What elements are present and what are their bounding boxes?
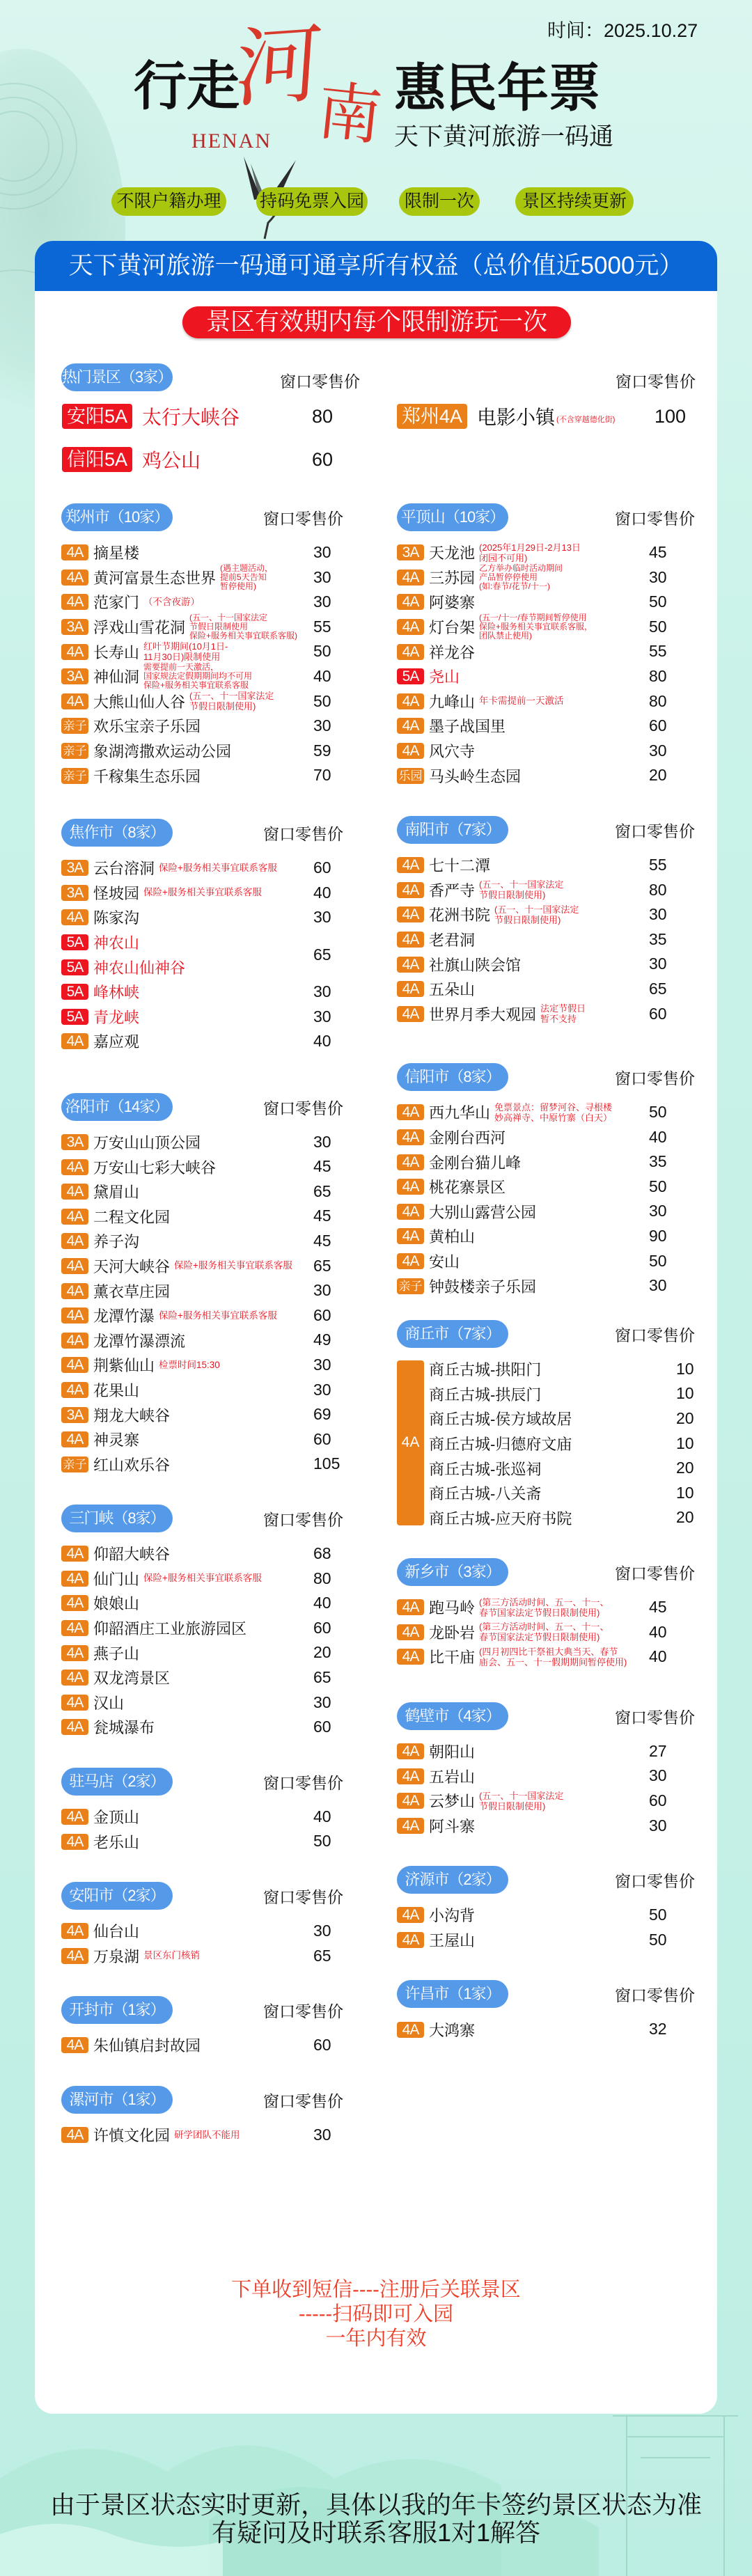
price-column-header: 窗口零售价 <box>615 1986 695 2005</box>
city-pill: 开封市（1家） <box>61 1996 173 2024</box>
restriction-note: (遇主题活动，提前5天告知暂停使用) <box>220 564 273 591</box>
attraction-row: 4A嘉应观40 <box>61 1029 368 1054</box>
window-price: 60 <box>649 714 667 739</box>
attraction-name: 花果山 <box>93 1379 139 1401</box>
city-pill: 济源市（2家） <box>397 1866 508 1894</box>
attraction-row: 4A陈家沟30 <box>61 905 368 930</box>
attraction-name: 灯台架 <box>429 616 475 638</box>
city-pill: 漯河市（1家） <box>61 2086 173 2114</box>
title-english: HENAN <box>191 131 272 152</box>
window-price: 40 <box>313 1805 331 1830</box>
mountain-clouds-illustration <box>0 2395 752 2576</box>
level-badge: 3A <box>61 619 88 635</box>
disclaimer-line: 由于景区状态实时更新，具体以我的年卡签约景区状态为准 <box>0 2491 752 2519</box>
attraction-row: 4A长寿山红叶节期间(10月1日-11月30日)限制使用50 <box>61 639 368 664</box>
attraction-row: 商丘古城-拱辰门10 <box>424 1381 703 1406</box>
attraction-row: 4A花洲书院(五一、十一国家法定节假日限制使用)30 <box>397 902 703 927</box>
disclaimer-line: 有疑问及时联系客服1对1解答 <box>0 2519 752 2547</box>
attraction-row: 4A黛眉山65 <box>61 1179 368 1204</box>
window-price: 10 <box>676 1357 694 1382</box>
attraction-name: 商丘古城-应天府书院 <box>429 1507 572 1529</box>
attraction-name: 龙潭竹瀑漂流 <box>93 1330 185 1351</box>
window-price: 60 <box>649 1789 667 1814</box>
window-price: 30 <box>313 590 331 615</box>
visit-limit-notice: 景区有效期内每个限制游玩一次 <box>182 306 571 338</box>
window-price: 30 <box>313 2123 331 2148</box>
attraction-name: 神农山 <box>93 932 139 953</box>
attraction-row: 商丘古城-应天府书院20 <box>424 1505 703 1530</box>
attraction-row: 4A风穴寺30 <box>397 739 703 764</box>
restriction-note: 保险+服务相关事宜联系客服 <box>159 1310 277 1321</box>
city-section: 郑州市（10家）窗口零售价4A摘星楼304A黄河富景生态世界(遇主题活动，提前5… <box>61 503 368 788</box>
attraction-list: 4A西九华山免票景点：留梦河谷、寻根楼妙高禅寺、中原竹寨（白天）504A金刚台西… <box>397 1100 703 1298</box>
attraction-name: 许慎文化园 <box>93 2124 170 2146</box>
restriction-note: (五一、十一国家法定节假日限制使用) <box>189 691 274 712</box>
window-price: 32 <box>649 2017 667 2042</box>
level-badge: 4A <box>61 1571 88 1587</box>
window-price: 30 <box>649 565 667 590</box>
restriction-note: 保险+服务相关事宜联系客服 <box>143 1573 262 1584</box>
title-calligraphy-he: 河 <box>233 20 324 113</box>
attraction-row: 4A汉山30 <box>61 1690 368 1715</box>
attraction-name: 青龙峡 <box>93 1006 139 1028</box>
attraction-name: 仙台山 <box>93 1920 139 1942</box>
restriction-note-line: 免票景点：留梦河谷、寻根楼 <box>494 1102 612 1113</box>
level-badge: 4A <box>61 1620 88 1636</box>
attraction-name: 桃花寨景区 <box>429 1176 506 1197</box>
attraction-row: 商丘古城-侯方域故居20 <box>424 1406 703 1431</box>
window-price: 50 <box>649 1928 667 1953</box>
window-price: 20 <box>649 763 667 788</box>
attraction-row: 3A浮戏山雪花洞(五一、十一国家法定节假日限制使用保险+服务相关事宜联系客服)5… <box>61 615 368 640</box>
price-column-header: 窗口零售价 <box>280 369 360 392</box>
attraction-name: 金刚台西河 <box>429 1126 506 1148</box>
level-badge: 4A <box>397 693 424 709</box>
attraction-row: 3A怪坡园保险+服务相关事宜联系客服40 <box>61 881 368 906</box>
attraction-name: 小沟背 <box>429 1904 475 1926</box>
restriction-note: 保险+服务相关事宜联系客服 <box>143 887 262 898</box>
level-badge: 4A <box>397 619 424 635</box>
window-price: 30 <box>313 714 331 739</box>
attraction-name: 龙卧岩 <box>429 1621 475 1643</box>
attraction-row: 4A荆紫仙山检票时间15:3030 <box>61 1353 368 1378</box>
restriction-note-line: 暂停使用) <box>220 582 273 591</box>
city-section: 信阳市（8家）窗口零售价4A西九华山免票景点：留梦河谷、寻根楼妙高禅寺、中原竹寨… <box>397 1054 703 1298</box>
restriction-note-line: 闭园不可用) <box>479 553 581 563</box>
level-badge: 5A <box>61 934 88 950</box>
restriction-note-line: 红叶节期间(10月1日- <box>143 641 228 652</box>
section-header: 南阳市（7家）窗口零售价 <box>397 816 703 844</box>
city-column-right: 平顶山（10家）窗口零售价3A天龙池(2025年1月29日-2月13日闭园不可用… <box>397 503 703 2070</box>
usage-instructions: 下单收到短信----注册后关联景区 -----扫码即可入园 一年内有效 <box>0 2278 752 2351</box>
attraction-name: 翔龙大峡谷 <box>93 1404 170 1426</box>
level-badge: 4A <box>397 957 424 973</box>
restriction-note: (不含穿越德化街) <box>556 414 615 425</box>
window-price: 49 <box>313 1328 331 1353</box>
price-column-header: 窗口零售价 <box>615 509 695 528</box>
city-pill: 南阳市（7家） <box>397 816 508 844</box>
city-pill: 鹤壁市（4家） <box>397 1702 508 1730</box>
price-column-header: 窗口零售价 <box>263 1510 343 1530</box>
attraction-name: 峰林峡 <box>93 981 139 1003</box>
restriction-note-line: 节假日限制使用) <box>479 890 563 900</box>
attraction-row: 4A万泉湖景区东门核销65 <box>61 1944 368 1969</box>
attraction-row: 4A跑马岭(第三方活动时间、五一、十一、春节国家法定节假日限制使用)45 <box>397 1595 703 1620</box>
level-badge: 4A <box>397 932 424 948</box>
level-badge: 4A <box>61 1834 88 1850</box>
window-price: 80 <box>649 664 667 689</box>
attraction-name: 怪坡园 <box>93 882 139 904</box>
attraction-row: 亲子象湖湾撒欢运动公园59 <box>61 739 368 764</box>
attraction-name: 嘉应观 <box>93 1030 139 1052</box>
attraction-list: 4A朝阳山274A五岩山304A云梦山(五一、十一国家法定节假日限制使用)604… <box>397 1739 703 1838</box>
city-pill: 许昌市（1家） <box>397 1980 508 2008</box>
price-column-header: 窗口零售价 <box>615 1871 695 1891</box>
attraction-name: 万安山山顶公园 <box>93 1131 201 1153</box>
attraction-row: 5A神农山仙神谷 <box>61 955 368 980</box>
level-badge: 4A <box>61 693 88 709</box>
attraction-name: 燕子山 <box>93 1642 139 1664</box>
level-badge: 3A <box>61 1407 88 1423</box>
level-badge: 亲子 <box>61 1456 88 1472</box>
attraction-row: 4A花果山30 <box>61 1378 368 1403</box>
attraction-row: 4A龙潭竹瀑漂流49 <box>61 1328 368 1353</box>
attraction-list: 4A摘星楼304A黄河富景生态世界(遇主题活动，提前5天告知暂停使用)304A范… <box>61 540 368 788</box>
attraction-name: 老君洞 <box>429 929 475 950</box>
attraction-row: 4A西九华山免票景点：留梦河谷、寻根楼妙高禅寺、中原竹寨（白天）50 <box>397 1100 703 1125</box>
window-price: 20 <box>676 1505 694 1530</box>
window-price: 60 <box>312 447 333 472</box>
restriction-note-line: 11月30日)限制使用 <box>143 652 228 662</box>
city-pill: 商丘市（7家） <box>397 1320 508 1348</box>
window-price: 90 <box>649 1224 667 1249</box>
attraction-name: 天龙池 <box>429 542 475 563</box>
attraction-row: 3A云台溶洞保险+服务相关事宜联系客服60 <box>61 856 368 881</box>
level-badge: 4A <box>61 1283 88 1299</box>
attraction-row: 4A娘娘山40 <box>61 1591 368 1616</box>
level-badge: 4A <box>61 1033 88 1049</box>
restriction-note-line: (遇主题活动， <box>220 564 273 573</box>
attraction-row: 4A仙门山保险+服务相关事宜联系客服80 <box>61 1566 368 1592</box>
attraction-list: 4A七十二潭554A香严寺(五一、十一国家法定节假日限制使用)804A花洲书院(… <box>397 853 703 1026</box>
attraction-name: 鸡公山 <box>142 446 201 473</box>
attraction-row: 乐园马头岭生态园20 <box>397 763 703 788</box>
restriction-note: 研学团队不能用 <box>174 2130 240 2141</box>
window-price: 50 <box>649 590 667 615</box>
instruction-line: 一年内有效 <box>0 2327 752 2351</box>
title-text-right: 惠民年票 <box>394 63 600 114</box>
attraction-list: 4A朱仙镇启封故园60 <box>61 2033 368 2058</box>
attraction-row: 4A金刚台猫儿峰35 <box>397 1149 703 1175</box>
attraction-row: 4A大鸿寨32 <box>397 2017 703 2042</box>
city-section: 漯河市（1家）窗口零售价4A许慎文化园研学团队不能用30 <box>61 2086 368 2148</box>
title-calligraphy-nan: 南 <box>314 79 384 149</box>
attraction-name: 西九华山 <box>429 1101 490 1123</box>
window-price: 55 <box>649 853 667 878</box>
level-badge: 4A <box>61 1546 88 1562</box>
window-price: 45 <box>313 1154 331 1179</box>
attraction-row: 4A仙台山30 <box>61 1919 368 1944</box>
instruction-line: 下单收到短信----注册后关联景区 <box>0 2278 752 2302</box>
restriction-note-line: 妙高禅寺、中原竹寨（白天） <box>494 1113 612 1123</box>
section-header: 商丘市（7家）窗口零售价 <box>397 1320 703 1348</box>
attraction-list: 3A天龙池(2025年1月29日-2月13日闭园不可用)454A三苏园乙方举办临… <box>397 540 703 788</box>
attraction-row: 4A七十二潭55 <box>397 853 703 878</box>
attraction-name: 浮戏山雪花洞 <box>93 616 185 638</box>
window-price: 55 <box>313 615 331 640</box>
level-badge: 3A <box>61 668 88 684</box>
attraction-row: 亲子千稼集生态乐园70 <box>61 763 368 788</box>
price-column-header: 窗口零售价 <box>263 1773 343 1793</box>
window-price: 30 <box>649 1764 667 1789</box>
level-badge: 4A <box>397 570 424 586</box>
section-header: 开封市（1家）窗口零售价 <box>61 1996 368 2024</box>
level-badge: 4A <box>61 544 88 560</box>
level-badge: 4A <box>397 1793 424 1809</box>
region-level-badge: 安阳5A <box>62 404 132 429</box>
level-badge: 4A <box>397 1179 424 1195</box>
window-price: 30 <box>313 1690 331 1715</box>
attraction-name: 五朵山 <box>429 978 475 1000</box>
attraction-row: 5A神农山65 <box>61 930 368 955</box>
window-price: 30 <box>649 902 667 927</box>
hot-attraction-row: 信阳5A鸡公山60 <box>62 447 368 472</box>
hot-list-right: 郑州4A电影小镇(不含穿越德化街)100 <box>397 404 703 447</box>
window-price: 50 <box>649 1903 667 1928</box>
attraction-row: 5A青龙峡30 <box>61 1005 368 1030</box>
city-section: 安阳市（2家）窗口零售价4A仙台山304A万泉湖景区东门核销65 <box>61 1882 368 1968</box>
level-badge: 5A <box>61 959 88 975</box>
restriction-note: (五一、十一国家法定节假日限制使用) <box>479 879 563 900</box>
attraction-row: 商丘古城-张巡祠20 <box>424 1456 703 1481</box>
attraction-name: 钟鼓楼亲子乐园 <box>429 1275 536 1297</box>
level-badge: 4A <box>397 743 424 759</box>
attraction-row: 4A云梦山(五一、十一国家法定节假日限制使用)60 <box>397 1789 703 1814</box>
window-price: 105 <box>313 1452 340 1477</box>
attraction-list: 4A大鸿寨32 <box>397 2017 703 2042</box>
restriction-note-line: 春节国家法定节假日限制使用) <box>479 1632 609 1642</box>
attraction-row: 4A龙卧岩(第三方活动时间、五一、十一、春节国家法定节假日限制使用)40 <box>397 1620 703 1645</box>
attraction-name: 万安山七彩大峡谷 <box>93 1156 216 1178</box>
attraction-row: 4A五岩山30 <box>397 1764 703 1789</box>
attraction-row: 4A三苏园乙方举办临时活动期间产品暂停停使用(如:春节/花节/十一)30 <box>397 565 703 590</box>
level-badge: 4A <box>61 1645 88 1661</box>
window-price: 40 <box>649 1644 667 1670</box>
attraction-row: 亲子红山欢乐谷105 <box>61 1452 368 1477</box>
attraction-name: 老乐山 <box>93 1831 139 1853</box>
section-header: 焦作市（8家）窗口零售价 <box>61 819 368 847</box>
window-price: 50 <box>313 689 331 714</box>
attraction-name: 摘星楼 <box>93 542 139 563</box>
attraction-row: 4A朝阳山27 <box>397 1739 703 1764</box>
city-section: 鹤壁市（4家）窗口零售价4A朝阳山274A五岩山304A云梦山(五一、十一国家法… <box>397 1697 703 1838</box>
attraction-name: 薰衣草庄园 <box>93 1280 170 1302</box>
window-price: 30 <box>313 1130 331 1155</box>
level-badge: 4A <box>397 1624 424 1640</box>
restriction-note-line: 暂不支持 <box>540 1014 586 1024</box>
restriction-note-line: 年卡需提前一天激活 <box>479 696 564 707</box>
attraction-name: 安山 <box>429 1250 460 1272</box>
attraction-name: 云台溶洞 <box>93 857 155 879</box>
city-column-left: 郑州市（10家）窗口零售价4A摘星楼304A黄河富景生态世界(遇主题活动，提前5… <box>61 503 368 2175</box>
window-price: 69 <box>313 1402 331 1427</box>
attraction-name: 大熊山仙人谷 <box>93 691 185 712</box>
restriction-note-line: (如:春节/花节/十一) <box>479 582 563 591</box>
restriction-note-line: 节假日限制使用) <box>189 701 274 712</box>
restriction-note: 需要提前一天激活，国家规法定假期期间均不可用保险+服务相关事宜联系客服 <box>143 663 252 690</box>
restriction-note-line: 团队禁止使用) <box>479 631 593 641</box>
attraction-name: 神仙洞 <box>93 666 139 687</box>
price-column-header: 窗口零售价 <box>263 824 343 844</box>
restriction-note-line: 法定节假日 <box>540 1003 586 1014</box>
window-price: 30 <box>649 1199 667 1224</box>
window-price: 65 <box>313 1254 331 1279</box>
section-header: 信阳市（8家）窗口零售价 <box>397 1063 703 1091</box>
restriction-note: 保险+服务相关事宜联系客服 <box>159 863 277 874</box>
attraction-name: 天河大峡谷 <box>93 1255 170 1277</box>
attraction-name: 电影小镇 <box>477 402 555 430</box>
level-badge: 4A <box>61 1382 88 1398</box>
window-price: 45 <box>313 1204 331 1229</box>
window-price: 60 <box>313 856 331 881</box>
level-badge: 亲子 <box>397 1278 424 1294</box>
attraction-name: 花洲书院 <box>429 904 490 925</box>
attraction-name: 金刚台猫儿峰 <box>429 1152 521 1173</box>
attraction-row: 4A龙潭竹瀑保险+服务相关事宜联系客服60 <box>61 1303 368 1328</box>
hot-list-left: 安阳5A太行大峡谷80信阳5A鸡公山60 <box>62 404 368 490</box>
attraction-row: 4A老君洞35 <box>397 927 703 952</box>
region-level-badge: 郑州4A <box>397 404 467 429</box>
attraction-name: 大别山露营公园 <box>429 1201 536 1223</box>
window-price: 50 <box>649 1249 667 1274</box>
attraction-row: 3A神仙洞需要提前一天激活，国家规法定假期期间均不可用保险+服务相关事宜联系客服… <box>61 664 368 689</box>
attraction-row: 商丘古城-八关斋10 <box>424 1481 703 1506</box>
window-price: 10 <box>676 1481 694 1506</box>
restriction-note: (四月初四比干祭祖大典当天、春节庙会、五一、十一假期期间暂停使用) <box>479 1647 627 1667</box>
level-badge: 4A <box>397 594 424 610</box>
attraction-row: 4A神灵寨60 <box>61 1427 368 1452</box>
attraction-row: 4A仰韶大峡谷68 <box>61 1541 368 1566</box>
attraction-name: 瓮城瀑布 <box>93 1716 155 1738</box>
window-price: 40 <box>313 664 331 689</box>
level-badge: 4A <box>61 1209 88 1225</box>
attraction-row: 4A世界月季大观园法定节假日暂不支持60 <box>397 1002 703 1027</box>
level-badge: 4A <box>61 644 88 660</box>
attraction-row: 4A万安山七彩大峡谷45 <box>61 1154 368 1179</box>
attraction-row: 4A安山50 <box>397 1249 703 1274</box>
attraction-name: 象湖湾撒欢运动公园 <box>93 740 231 762</box>
window-price: 40 <box>313 1029 331 1054</box>
attraction-name: 三苏园 <box>429 567 475 588</box>
window-price: 45 <box>649 1595 667 1620</box>
window-price: 68 <box>313 1541 331 1566</box>
restriction-note: (第三方活动时间、五一、十一、春节国家法定节假日限制使用) <box>479 1597 609 1618</box>
restriction-note-line: 保险+服务相关事宜联系客服) <box>189 631 297 641</box>
attraction-row: 4A桃花寨景区50 <box>397 1175 703 1200</box>
window-price: 30 <box>649 952 667 977</box>
attraction-row: 4A许慎文化园研学团队不能用30 <box>61 2123 368 2148</box>
feature-badge-continuous-update: 景区持续更新 <box>515 187 634 216</box>
window-price: 60 <box>313 1303 331 1328</box>
price-column-header: 窗口零售价 <box>616 369 696 392</box>
level-badge: 3A <box>61 860 88 876</box>
attraction-name: 范家门 <box>93 591 139 613</box>
price-column-header: 窗口零售价 <box>615 1708 695 1727</box>
attraction-row: 4A祥龙谷55 <box>397 639 703 664</box>
attraction-row: 3A天龙池(2025年1月29日-2月13日闭园不可用)45 <box>397 540 703 565</box>
restriction-note: 景区东门核销 <box>143 1950 200 1961</box>
section-header: 郑州市（10家）窗口零售价 <box>61 503 368 531</box>
city-section: 平顶山（10家）窗口零售价3A天龙池(2025年1月29日-2月13日闭园不可用… <box>397 503 703 788</box>
attraction-row: 4A王屋山50 <box>397 1928 703 1953</box>
city-pill: 驻马店（2家） <box>61 1768 173 1796</box>
attraction-name: 朱仙镇启封故园 <box>93 2034 201 2056</box>
restriction-note-line: （不含夜游） <box>143 597 200 608</box>
restriction-note-line: 节假日限制使用) <box>494 915 579 925</box>
attraction-row: 4A大别山露营公园30 <box>397 1199 703 1224</box>
attraction-name: 九峰山 <box>429 691 475 712</box>
feature-badge-free-entry: 持码免票入园 <box>256 187 368 216</box>
restriction-note-line: 春节国家法定节假日限制使用) <box>479 1608 609 1618</box>
attraction-row: 4A双龙湾景区65 <box>61 1665 368 1690</box>
city-pill: 安阳市（2家） <box>61 1882 173 1910</box>
window-price: 50 <box>649 1175 667 1200</box>
attraction-row: 商丘古城-归德府文庙10 <box>424 1431 703 1456</box>
restriction-note: 保险+服务相关事宜联系客服 <box>174 1260 292 1271</box>
window-price: 50 <box>313 1829 331 1854</box>
attraction-row: 4A仰韶酒庄工业旅游园区60 <box>61 1616 368 1641</box>
title-text-left: 行走 <box>134 60 240 113</box>
window-price: 30 <box>313 980 331 1005</box>
restriction-note-line: 提前5天告知 <box>220 573 273 582</box>
attraction-name: 香严寺 <box>429 879 475 901</box>
price-column-header: 窗口零售价 <box>615 1564 695 1583</box>
level-badge: 4A <box>61 1719 88 1735</box>
attraction-name: 陈家沟 <box>93 906 139 928</box>
level-badge: 4A <box>397 882 424 898</box>
restriction-note-line: (四月初四比干祭祖大典当天、春节 <box>479 1647 627 1657</box>
city-pill: 洛阳市（14家） <box>61 1093 173 1121</box>
attraction-row: 4A香严寺(五一、十一国家法定节假日限制使用)80 <box>397 878 703 903</box>
window-price: 30 <box>313 1005 331 1030</box>
window-price: 20 <box>313 1640 331 1665</box>
window-price: 30 <box>313 905 331 930</box>
window-price: 50 <box>649 615 667 640</box>
window-price: 60 <box>313 1616 331 1641</box>
restriction-note-line: 保险+服务相关事宜联系客服 <box>143 1573 262 1584</box>
level-badge: 4A <box>397 1932 424 1948</box>
attraction-row: 亲子钟鼓楼亲子乐园30 <box>397 1273 703 1298</box>
level-badge: 4A <box>397 1228 424 1244</box>
feature-badge-once-only: 限制一次 <box>399 187 480 216</box>
level-badge: 4A <box>61 1923 88 1939</box>
attraction-row: 4A社旗山陕会馆30 <box>397 952 703 977</box>
price-column-header: 窗口零售价 <box>615 822 695 841</box>
city-section: 济源市（2家）窗口零售价4A小沟背504A王屋山50 <box>397 1866 703 1952</box>
attraction-name: 黛眉山 <box>93 1181 139 1202</box>
window-price: 30 <box>313 1919 331 1944</box>
level-badge: 4A <box>61 2037 88 2053</box>
level-badge: 4A <box>397 644 424 660</box>
attraction-row: 4A墨子战国里60 <box>397 714 703 739</box>
attraction-row: 4A老乐山50 <box>61 1829 368 1854</box>
city-section: 新乡市（3家）窗口零售价4A跑马岭(第三方活动时间、五一、十一、春节国家法定节假… <box>397 1558 703 1670</box>
level-badge: 4A <box>397 718 424 734</box>
restriction-note-line: 景区东门核销 <box>143 1950 200 1961</box>
attraction-name: 比干庙 <box>429 1646 475 1667</box>
window-price: 65 <box>313 1179 331 1204</box>
window-price: 30 <box>313 565 331 590</box>
